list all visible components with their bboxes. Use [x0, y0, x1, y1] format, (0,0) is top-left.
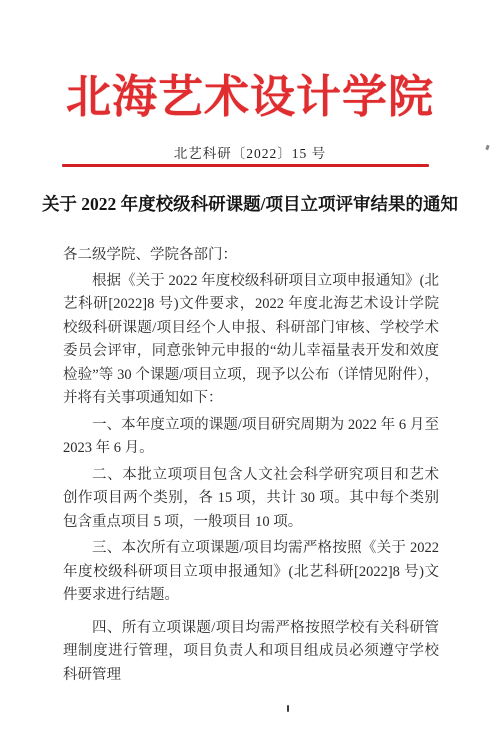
- salutation: 各二级学院、学院各部门：: [63, 244, 439, 268]
- document-number: 北艺科研〔2022〕15 号: [0, 145, 500, 163]
- masthead-divider-rule: [62, 164, 429, 167]
- paragraph-intro: 根据《关于 2022 年度校级科研项目立项申报通知》(北艺科研[2022]8 号…: [63, 270, 439, 411]
- notice-body: 各二级学院、学院各部门： 根据《关于 2022 年度校级科研项目立项申报通知》(…: [63, 244, 439, 687]
- notice-title: 关于 2022 年度校级科研课题/项目立项评审结果的通知: [32, 193, 468, 216]
- scan-speck-artifact: [287, 705, 289, 712]
- paragraph-item-4: 四、所有立项课题/项目均需严格按照学校有关科研管理制度进行管理，项目负责人和项目…: [63, 617, 439, 688]
- document-page: 北海艺术设计学院 北艺科研〔2022〕15 号 关于 2022 年度校级科研课题…: [0, 0, 500, 743]
- paragraph-item-1: 一、本年度立项的课题/项目研究周期为 2022 年 6 月至 2023 年 6 …: [63, 414, 439, 461]
- paragraph-item-2: 二、本批立项项目包含人文社会科学研究项目和艺术创作项目两个类别，各 15 项，共…: [63, 464, 439, 535]
- school-name-masthead: 北海艺术设计学院: [0, 72, 500, 122]
- paragraph-item-3: 三、本次所有立项课题/项目均需严格按照《关于 2022 年度校级科研项目立项申报…: [63, 537, 439, 608]
